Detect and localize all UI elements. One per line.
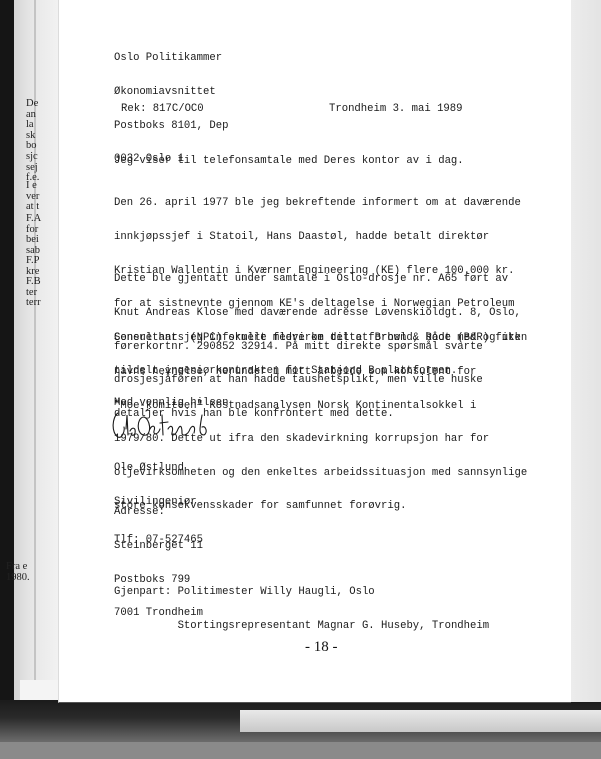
paragraph-line: Dette ble gjentatt under samtale i Oslo-…	[114, 274, 521, 285]
fragment-line: Fra e	[6, 562, 56, 573]
paragraph-line: innkjøpssjef i Statoil, Hans Daastøl, ha…	[114, 232, 521, 243]
copy-recipient: Politimester Willy Haugli, Oslo	[178, 586, 375, 598]
copy-recipients: Gjenpart: Politimester Willy Haugli, Osl…	[114, 565, 489, 655]
recipient-line: Økonomiavsnittet	[114, 87, 228, 98]
copy-label: Gjenpart:	[114, 586, 171, 598]
signer-name: Ole Østlund	[114, 463, 197, 474]
back-page: De an la sk bo sjc sej f.e. I e ver at t…	[14, 0, 62, 705]
back-page-fragment-5: Fra e 1980.	[6, 562, 56, 583]
place-date: Trondheim 3. mai 1989	[329, 103, 463, 115]
letter-page: Oslo Politikammer Økonomiavsnittet Postb…	[58, 0, 571, 703]
page-number: - 18 -	[305, 639, 338, 656]
binder-highlight	[240, 710, 601, 732]
paragraph-line: Den 26. april 1977 ble jeg bekreftende i…	[114, 198, 521, 209]
recipient-line: Postboks 8101, Dep	[114, 121, 228, 132]
paragraph-line: Senere har jeg informert flere om dette …	[114, 333, 527, 344]
fragment-line: 1980.	[6, 573, 56, 584]
phone-number: Tlf: 07-527465	[114, 535, 203, 546]
binder-edge	[0, 700, 601, 759]
address-label: Adresse:	[114, 507, 203, 518]
handwritten-signature	[110, 407, 220, 441]
paragraph-line: navns nevnelse, herunder i mitt arbeide …	[114, 367, 527, 378]
right-page-edge	[570, 0, 601, 702]
binder-shadow	[0, 742, 601, 759]
copy-recipient: Stortingsrepresentant Magnar G. Huseby, …	[178, 620, 490, 632]
reference: Rek: 817C/OC0	[121, 103, 204, 115]
intro-line: Jeg viser til telefonsamtale med Deres k…	[114, 156, 464, 167]
recipient-line: Oslo Politikammer	[114, 53, 228, 64]
scan-dark-edge	[0, 0, 14, 700]
